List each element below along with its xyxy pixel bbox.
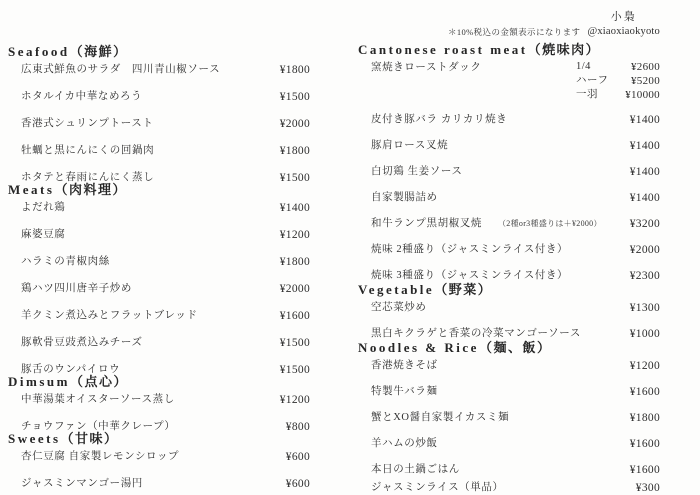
portion-price: ¥2600 <box>631 60 660 74</box>
item-price: ¥2000 <box>272 281 310 297</box>
brand-name: 小梟 <box>611 11 637 24</box>
menu-item-row: 本日の土鍋ごはん¥1600 <box>358 462 660 478</box>
menu-item-row: 白切鶏 生姜ソース¥1400 <box>358 164 660 180</box>
item-price: ¥1400 <box>622 112 660 128</box>
portion-price: ¥10000 <box>625 88 660 102</box>
item-name: ジャスミンマンゴー湯円 <box>21 476 143 492</box>
portion-label: 一羽 <box>576 88 598 102</box>
menu-item-row: 蟹とXO醤自家製イカスミ麺¥1800 <box>358 410 660 426</box>
menu-item-row: 麻婆豆腐¥1200 <box>8 227 310 243</box>
tax-note: ＊10%税込の金額表示になります <box>448 26 580 38</box>
portion-label: 1/4 <box>576 60 591 74</box>
section-header: Meats（肉料理） <box>8 181 310 199</box>
section-title-en: Cantonese roast meat <box>358 42 528 57</box>
menu-item-row: 皮付き豚バラ カリカリ焼き¥1400 <box>358 112 660 128</box>
item-name: 窯焼きローストダック <box>371 60 481 76</box>
section-title-en: Vegetable <box>358 282 434 297</box>
menu-item-row: 羊ハムの炒飯¥1600 <box>358 436 660 452</box>
item-price: ¥1800 <box>272 143 310 159</box>
section-header: Cantonese roast meat（焼味肉） <box>358 41 660 59</box>
item-price: ¥1500 <box>272 170 310 186</box>
item-price: ¥1800 <box>622 410 660 426</box>
menu-item-row: 杏仁豆腐 自家製レモンシロップ¥600 <box>8 449 310 465</box>
menu-item-row: ハラミの青椒肉絲¥1800 <box>8 254 310 270</box>
item-price: ¥1600 <box>622 436 660 452</box>
item-price: ¥1600 <box>622 462 660 478</box>
item-name: 麻婆豆腐 <box>21 227 65 243</box>
item-name: 羊ハムの炒飯 <box>371 436 438 452</box>
section-title-jp: （海鮮） <box>70 44 128 59</box>
item-price: ¥1600 <box>622 384 660 400</box>
item-price: ¥1800 <box>272 62 310 78</box>
section-title-jp: （点心） <box>70 374 128 389</box>
item-name: 牡蠣と黒にんにくの回鍋肉 <box>21 143 154 159</box>
item-name: 香港焼きそば <box>371 358 438 374</box>
item-name: 豚肩ロース叉焼 <box>371 138 448 154</box>
item-price: ¥1500 <box>272 89 310 105</box>
item-name: 焼味 2種盛り（ジャスミンライス付き） <box>371 242 568 258</box>
item-price: ¥300 <box>628 480 660 495</box>
item-price: ¥1400 <box>622 138 660 154</box>
menu-item-row: 和牛ランプ黒胡椒叉焼（2種or3種盛りは＋¥2000）¥3200 <box>358 216 660 232</box>
section-title-en: Dimsum <box>8 374 70 389</box>
item-price: ¥1400 <box>622 190 660 206</box>
item-name: 和牛ランプ黒胡椒叉焼 <box>371 216 482 232</box>
menu-column-left: Seafood（海鮮）広東式鮮魚のサラダ 四川青山椒ソース¥1800ホタルイカ中… <box>8 43 310 492</box>
section-title-en: Noodles & Rice <box>358 340 479 355</box>
menu-item-row: ジャスミンマンゴー湯円¥600 <box>8 476 310 492</box>
portion-price-list: 1/4¥2600ハーフ¥5200一羽¥10000 <box>576 60 660 102</box>
item-name: ホタルイカ中華なめろう <box>21 89 142 105</box>
item-name: ハラミの青椒肉絲 <box>21 254 110 270</box>
item-price: ¥2300 <box>622 268 660 284</box>
item-price: ¥1600 <box>272 308 310 324</box>
portion-row: 一羽¥10000 <box>576 88 660 102</box>
menu-item-row: 空芯菜炒め¥1300 <box>358 300 660 316</box>
item-price: ¥1500 <box>272 335 310 351</box>
menu-item-row: ホタルイカ中華なめろう¥1500 <box>8 89 310 105</box>
menu-page: Seafood（海鮮）広東式鮮魚のサラダ 四川青山椒ソース¥1800ホタルイカ中… <box>0 0 700 495</box>
item-name: 香港式シュリンプトースト <box>21 116 153 132</box>
item-name: 白切鶏 生姜ソース <box>371 164 463 180</box>
item-name: 皮付き豚バラ カリカリ焼き <box>371 112 507 128</box>
item-name: よだれ鶏 <box>21 200 65 216</box>
item-price: ¥2000 <box>622 242 660 258</box>
item-price: ¥3200 <box>622 216 660 232</box>
instagram-handle: @xiaoxiaokyoto <box>587 24 660 39</box>
section-title-jp: （麺、飯） <box>479 340 552 355</box>
menu-item-row: 焼味 2種盛り（ジャスミンライス付き）¥2000 <box>358 242 660 258</box>
item-price: ¥800 <box>278 419 310 435</box>
item-note: （2種or3種盛りは＋¥2000） <box>498 216 602 232</box>
section-title-en: Seafood <box>8 44 70 59</box>
menu-column-right: ＊10%税込の金額表示になります 小梟 @xiaoxiaokyoto Canto… <box>358 10 660 495</box>
menu-item-row: 香港式シュリンプトースト¥2000 <box>8 116 310 132</box>
menu-item-row: 羊クミン煮込みとフラットブレッド¥1600 <box>8 308 310 324</box>
item-price: ¥1800 <box>272 254 310 270</box>
item-name: ジャスミンライス（単品） <box>371 480 504 495</box>
item-price: ¥2000 <box>272 116 310 132</box>
item-price: ¥1200 <box>272 227 310 243</box>
item-price: ¥600 <box>278 476 310 492</box>
section-header: Seafood（海鮮） <box>8 43 310 61</box>
section-title-en: Sweets <box>8 431 61 446</box>
section-title-en: Meats <box>8 182 54 197</box>
menu-item-row: 鶏ハツ四川唐辛子炒め¥2000 <box>8 281 310 297</box>
menu-item-row: 香港焼きそば¥1200 <box>358 358 660 374</box>
section-title-jp: （肉料理） <box>54 182 127 197</box>
menu-item-row: 自家製腸詰め¥1400 <box>358 190 660 206</box>
menu-item-row: 窯焼きローストダック1/4¥2600ハーフ¥5200一羽¥10000 <box>358 60 660 102</box>
menu-item-row: 中華湯葉オイスターソース蒸し¥1200 <box>8 392 310 408</box>
item-name: 自家製腸詰め <box>371 190 438 206</box>
menu-item-row: 牡蠣と黒にんにくの回鍋肉¥1800 <box>8 143 310 159</box>
item-price: ¥1400 <box>272 200 310 216</box>
item-name: 空芯菜炒め <box>371 300 427 316</box>
portion-row: ハーフ¥5200 <box>576 74 660 88</box>
section-title-jp: （甘味） <box>61 431 119 446</box>
item-name: 本日の土鍋ごはん <box>371 462 460 478</box>
section-title-jp: （野菜） <box>434 282 492 297</box>
section-title-jp: （焼味肉） <box>528 42 601 57</box>
portion-row: 1/4¥2600 <box>576 60 660 74</box>
item-name: 羊クミン煮込みとフラットブレッド <box>21 308 198 324</box>
item-name: 中華湯葉オイスターソース蒸し <box>21 392 175 408</box>
item-price: ¥1500 <box>272 362 310 378</box>
section-header: Noodles & Rice（麺、飯） <box>358 339 660 357</box>
item-name: 鶏ハツ四川唐辛子炒め <box>21 281 132 297</box>
brand-block: 小梟 @xiaoxiaokyoto <box>587 11 660 39</box>
item-price: ¥1000 <box>622 326 660 342</box>
item-name: 特製牛バラ麺 <box>371 384 438 400</box>
brand-area: ＊10%税込の金額表示になります 小梟 @xiaoxiaokyoto <box>358 10 660 39</box>
section-header: Dimsum（点心） <box>8 373 310 391</box>
item-price: ¥1200 <box>272 392 310 408</box>
menu-item-row: 豚肩ロース叉焼¥1400 <box>358 138 660 154</box>
item-name: 蟹とXO醤自家製イカスミ麺 <box>371 410 509 426</box>
menu-item-row: 特製牛バラ麺¥1600 <box>358 384 660 400</box>
item-price: ¥1200 <box>622 358 660 374</box>
item-name: 杏仁豆腐 自家製レモンシロップ <box>21 449 179 465</box>
item-price: ¥1400 <box>622 164 660 180</box>
portion-label: ハーフ <box>576 74 608 88</box>
menu-item-row: よだれ鶏¥1400 <box>8 200 310 216</box>
menu-item-row: 豚軟骨豆豉煮込みチーズ¥1500 <box>8 335 310 351</box>
item-price: ¥600 <box>278 449 310 465</box>
item-price: ¥1300 <box>622 300 660 316</box>
menu-item-row: ジャスミンライス（単品）¥300 <box>358 480 660 495</box>
item-name: 豚軟骨豆豉煮込みチーズ <box>21 335 143 351</box>
portion-price: ¥5200 <box>631 74 660 88</box>
item-name: 広東式鮮魚のサラダ 四川青山椒ソース <box>21 62 220 78</box>
menu-item-row: 広東式鮮魚のサラダ 四川青山椒ソース¥1800 <box>8 62 310 78</box>
